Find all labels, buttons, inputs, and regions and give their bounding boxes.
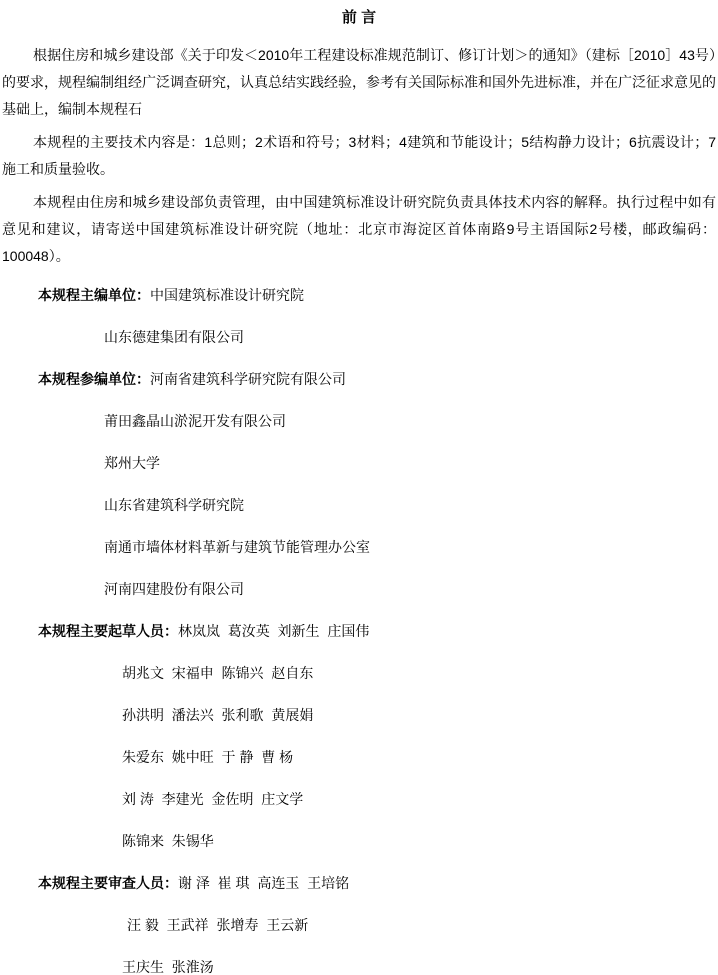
chief-editor-org-line: 山东德建集团有限公司 [104,324,716,351]
drafters-label: 本规程主要起草人员： [38,623,178,639]
page-title: 前 言 [2,8,716,28]
chief-editor-value: 中国建筑标准设计研究院 [150,287,304,303]
chief-editor-row: 本规程主编单位：中国建筑标准设计研究院 [38,282,716,309]
co-editor-org-line: 郑州大学 [104,450,716,477]
drafters-names-line: 陈锦来 朱锡华 [122,828,716,855]
co-editor-org-line: 南通市墙体材料革新与建筑节能管理办公室 [104,534,716,561]
reviewers-names-line: 汪 毅 王武祥 张增寿 王云新 [127,912,716,939]
co-editor-org-line: 山东省建筑科学研究院 [104,492,716,519]
co-editor-value: 河南省建筑科学研究院有限公司 [150,371,346,387]
reviewers-row: 本规程主要审查人员：谢 泽 崔 琪 高连玉 王培铭 [38,870,716,897]
reviewers-names-line: 王庆生 张淮汤 [122,954,716,975]
co-editor-row: 本规程参编单位：河南省建筑科学研究院有限公司 [38,366,716,393]
paragraph-basis: 根据住房和城乡建设部《关于印发＜2010年工程建设标准规范制订、修订计划＞的通知… [2,42,716,123]
document-page: 前 言 根据住房和城乡建设部《关于印发＜2010年工程建设标准规范制订、修订计划… [0,0,718,975]
reviewers-label: 本规程主要审查人员： [38,875,178,891]
drafters-names-line: 胡兆文 宋福申 陈锦兴 赵自东 [122,660,716,687]
drafters-value: 林岚岚 葛汝英 刘新生 庄国伟 [178,623,369,639]
drafters-names-line: 刘 涛 李建光 金佐明 庄文学 [122,786,716,813]
co-editor-org-line: 河南四建股份有限公司 [104,576,716,603]
reviewers-value: 谢 泽 崔 琪 高连玉 王培铭 [178,875,349,891]
drafters-names-line: 孙洪明 潘法兴 张利歌 黄展娟 [122,702,716,729]
co-editor-org-line: 莆田鑫晶山淤泥开发有限公司 [104,408,716,435]
paragraph-management: 本规程由住房和城乡建设部负责管理，由中国建筑标准设计研究院负责具体技术内容的解释… [2,189,716,270]
chief-editor-label: 本规程主编单位： [38,287,150,303]
co-editor-label: 本规程参编单位： [38,371,150,387]
drafters-names-line: 朱爱东 姚中旺 于 静 曹 杨 [122,744,716,771]
paragraph-contents: 本规程的主要技术内容是：1总则；2术语和符号；3材料；4建筑和节能设计；5结构静… [2,129,716,183]
drafters-row: 本规程主要起草人员：林岚岚 葛汝英 刘新生 庄国伟 [38,618,716,645]
